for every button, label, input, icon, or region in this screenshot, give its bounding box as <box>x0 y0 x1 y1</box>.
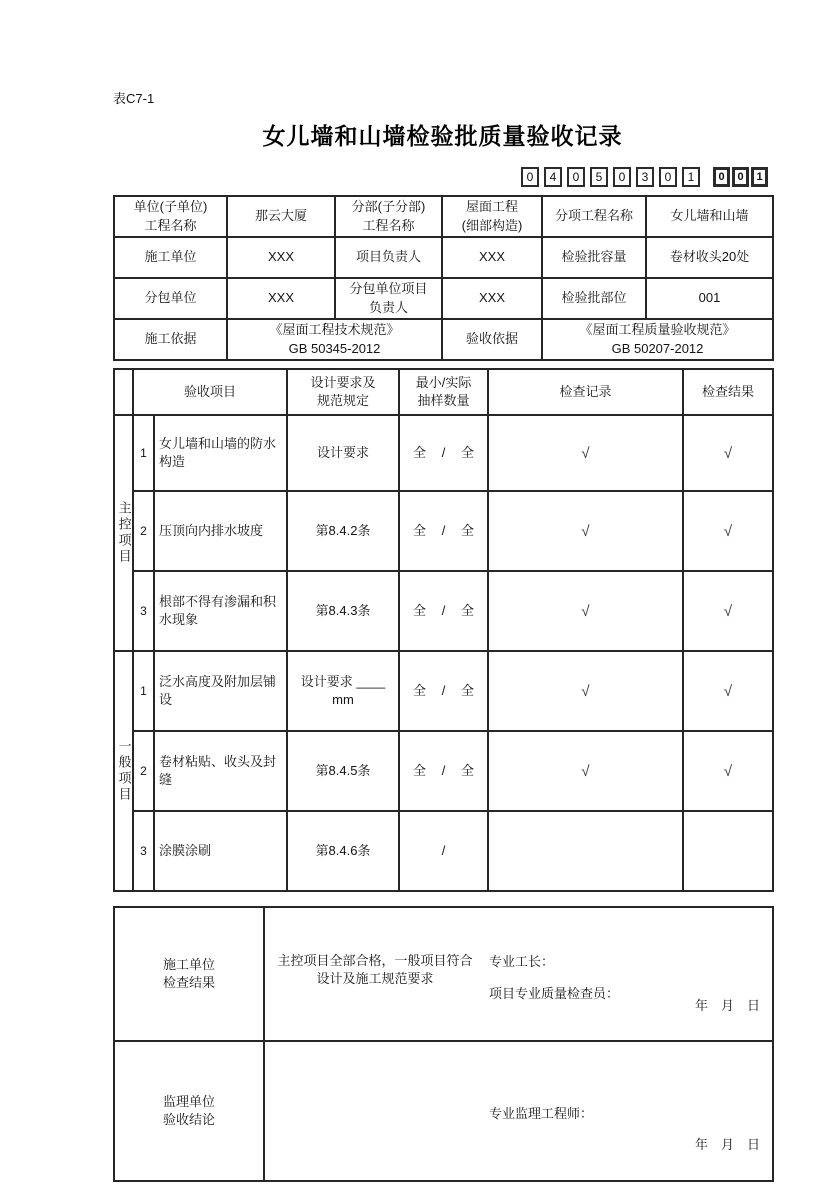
code-number-boxes: 0 4 0 5 0 3 0 1 0 0 1 <box>516 167 768 187</box>
inspection-item: 卷材粘贴、收头及封 缝 <box>154 731 287 811</box>
row-number: 3 <box>133 571 154 651</box>
form-code: 表C7-1 <box>113 88 154 107</box>
acceptance-basis-value: 《屋面工程质量验收规范》 GB 50207-2012 <box>542 319 773 360</box>
sample-min: 全 <box>413 682 426 700</box>
requirement: 第8.4.3条 <box>287 571 399 651</box>
code-digit-box: 0 <box>521 167 539 187</box>
construction-basis-label: 施工依据 <box>114 319 227 360</box>
row-number: 1 <box>133 651 154 731</box>
code-digit-box: 1 <box>682 167 700 187</box>
check-result: √ <box>683 491 773 571</box>
unit-project-label: 单位(子单位) 工程名称 <box>114 196 227 237</box>
division-project-value: 屋面工程 (细部构造) <box>442 196 542 237</box>
sample-slash: / <box>442 842 446 860</box>
inspection-item: 压顶向内排水坡度 <box>154 491 287 571</box>
code-digit-box: 1 <box>751 167 768 187</box>
code-digit-box: 4 <box>544 167 562 187</box>
acceptance-basis-label: 验收依据 <box>442 319 542 360</box>
construction-check-cell: 主控项目全部合格，一般项目符合 设计及施工规范要求 专业工长： 项目专业质量检查… <box>264 907 773 1041</box>
project-info-table: 单位(子单位) 工程名称 那云大厦 分部(子分部) 工程名称 屋面工程 (细部构… <box>113 195 774 361</box>
inspector-label: 项目专业质量检查员： <box>489 985 619 1003</box>
sample-actual: 全 <box>461 762 474 780</box>
sample-quantity: 全 / 全 <box>399 651 488 731</box>
header-result: 检查结果 <box>683 369 773 415</box>
unit-project-value: 那云大厦 <box>227 196 335 237</box>
code-digit-box: 0 <box>713 167 730 187</box>
sample-slash: / <box>442 762 446 780</box>
supervision-label: 监理单位 验收结论 <box>114 1041 264 1180</box>
batch-location-label: 检验批部位 <box>542 278 646 319</box>
header-empty-cell <box>114 369 133 415</box>
date-text: 年 月 日 <box>695 997 760 1015</box>
sample-min: 全 <box>413 602 426 620</box>
page-title: 女儿墙和山墙检验批质量验收记录 <box>113 118 772 151</box>
sample-min: 全 <box>413 444 426 462</box>
code-digit-box: 5 <box>590 167 608 187</box>
inspection-table: 验收项目 设计要求及 规范规定 最小/实际 抽样数量 检查记录 检查结果 主控项… <box>113 368 774 892</box>
batch-location-value: 001 <box>646 278 773 319</box>
row-number: 2 <box>133 731 154 811</box>
row-number: 2 <box>133 491 154 571</box>
sample-min: 全 <box>413 762 426 780</box>
project-manager-value: XXX <box>442 237 542 278</box>
division-project-label: 分部(子分部) 工程名称 <box>335 196 442 237</box>
check-result <box>683 811 773 891</box>
form-content: 表C7-1 女儿墙和山墙检验批质量验收记录 0 4 0 5 0 3 0 1 0 … <box>113 0 772 1186</box>
foreman-label: 专业工长： <box>489 953 554 971</box>
subitem-project-value: 女儿墙和山墙 <box>646 196 773 237</box>
check-record: √ <box>488 491 683 571</box>
inspection-item: 泛水高度及附加层铺 设 <box>154 651 287 731</box>
inspection-item: 根部不得有渗漏和积 水现象 <box>154 571 287 651</box>
row-number: 1 <box>133 415 154 491</box>
requirement: 第8.4.6条 <box>287 811 399 891</box>
batch-capacity-value: 卷材收头20处 <box>646 237 773 278</box>
check-result: √ <box>683 651 773 731</box>
sample-quantity: 全 / 全 <box>399 731 488 811</box>
subcontractor-manager-value: XXX <box>442 278 542 319</box>
check-result: √ <box>683 571 773 651</box>
sample-quantity: 全 / 全 <box>399 415 488 491</box>
check-record: √ <box>488 571 683 651</box>
contractor-value: XXX <box>227 237 335 278</box>
sample-actual: 全 <box>461 602 474 620</box>
code-digit-box: 0 <box>659 167 677 187</box>
header-inspection-item: 验收项目 <box>133 369 287 415</box>
sample-slash: / <box>442 522 446 540</box>
subitem-project-label: 分项工程名称 <box>542 196 646 237</box>
code-digit-box: 0 <box>732 167 749 187</box>
sample-quantity: / <box>399 811 488 891</box>
sample-actual: 全 <box>461 522 474 540</box>
engineer-label: 专业监理工程师： <box>489 1105 593 1123</box>
sample-slash: / <box>442 444 446 462</box>
section-label-general: 一般项目 <box>114 651 133 891</box>
check-record <box>488 811 683 891</box>
code-suffix-boxes: 0 0 1 <box>711 167 768 187</box>
code-digit-box: 3 <box>636 167 654 187</box>
sample-slash: / <box>442 682 446 700</box>
header-sample: 最小/实际 抽样数量 <box>399 369 488 415</box>
contractor-label: 施工单位 <box>114 237 227 278</box>
check-result: √ <box>683 731 773 811</box>
requirement: 设计要求 <box>287 415 399 491</box>
requirement: 第8.4.5条 <box>287 731 399 811</box>
requirement: 第8.4.2条 <box>287 491 399 571</box>
batch-capacity-label: 检验批容量 <box>542 237 646 278</box>
header-requirement: 设计要求及 规范规定 <box>287 369 399 415</box>
sample-quantity: 全 / 全 <box>399 491 488 571</box>
project-manager-label: 项目负责人 <box>335 237 442 278</box>
header-record: 检查记录 <box>488 369 683 415</box>
sample-quantity: 全 / 全 <box>399 571 488 651</box>
check-record: √ <box>488 731 683 811</box>
check-result: √ <box>683 415 773 491</box>
subcontractor-manager-label: 分包单位项目 负责人 <box>335 278 442 319</box>
section-label-dominant: 主控项目 <box>114 415 133 651</box>
sample-actual: 全 <box>461 682 474 700</box>
supervision-cell: 专业监理工程师： 年 月 日 <box>264 1041 773 1180</box>
sample-min: 全 <box>413 522 426 540</box>
conclusion-text: 主控项目全部合格，一般项目符合 设计及施工规范要求 <box>269 952 481 988</box>
row-number: 3 <box>133 811 154 891</box>
inspection-item: 女儿墙和山墙的防水 构造 <box>154 415 287 491</box>
construction-basis-value: 《屋面工程技术规范》 GB 50345-2012 <box>227 319 442 360</box>
date-text: 年 月 日 <box>695 1136 760 1154</box>
code-digit-box: 0 <box>567 167 585 187</box>
check-record: √ <box>488 651 683 731</box>
sample-actual: 全 <box>461 444 474 462</box>
inspection-item: 涂膜涂刷 <box>154 811 287 891</box>
subcontractor-label: 分包单位 <box>114 278 227 319</box>
requirement: 设计要求 ____ mm <box>287 651 399 731</box>
construction-check-label: 施工单位 检查结果 <box>114 907 264 1041</box>
code-digit-box: 0 <box>613 167 631 187</box>
document-page: 表C7-1 女儿墙和山墙检验批质量验收记录 0 4 0 5 0 3 0 1 0 … <box>0 0 838 1186</box>
subcontractor-value: XXX <box>227 278 335 319</box>
sample-slash: / <box>442 602 446 620</box>
signature-table: 施工单位 检查结果 主控项目全部合格，一般项目符合 设计及施工规范要求 专业工长… <box>113 906 774 1182</box>
check-record: √ <box>488 415 683 491</box>
